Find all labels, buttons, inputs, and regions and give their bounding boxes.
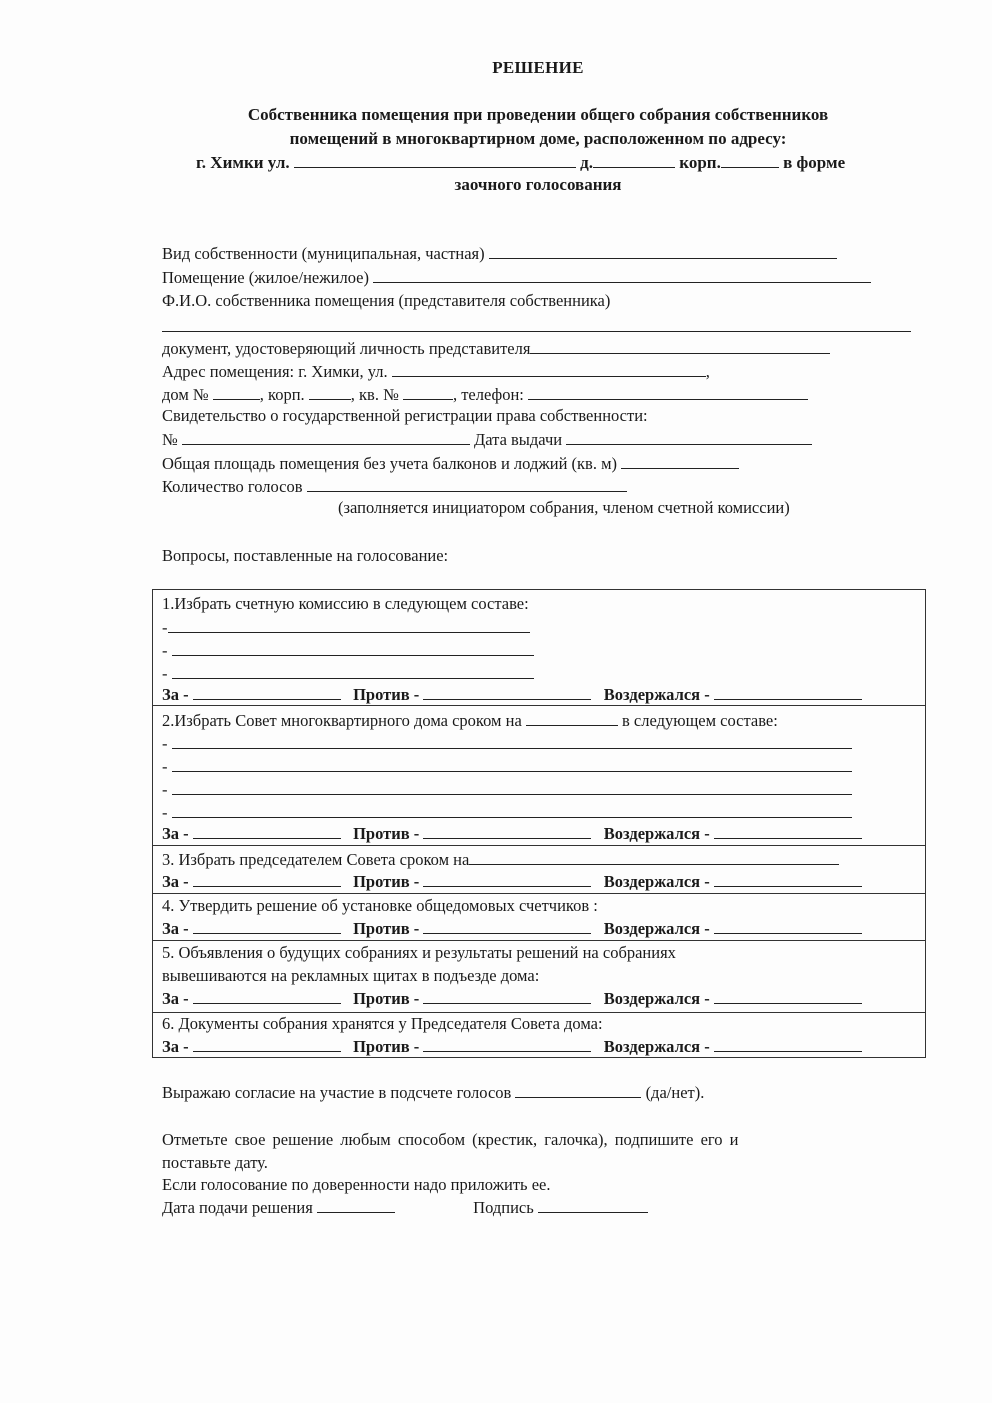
building-label: корп. bbox=[679, 153, 721, 172]
dash: - bbox=[162, 780, 168, 799]
house-label: д. bbox=[580, 153, 593, 172]
vote-for-label: За - bbox=[162, 685, 189, 704]
vote-against-label: Против - bbox=[353, 872, 419, 891]
votes-note: (заполняется инициатором собрания, члено… bbox=[338, 498, 790, 518]
q5-vote-against-field[interactable] bbox=[423, 988, 591, 1004]
id-document-field[interactable] bbox=[530, 338, 830, 354]
q3-vote-against-field[interactable] bbox=[423, 871, 591, 887]
vote-abstain-label: Воздержался - bbox=[604, 872, 710, 891]
q5-vote-row: За - Против - Воздержался - bbox=[162, 988, 862, 1009]
city-street-label: г. Химки ул. bbox=[196, 153, 290, 172]
votes-field[interactable] bbox=[307, 476, 627, 492]
q3-term-field[interactable] bbox=[469, 849, 839, 865]
instructions-line-2: поставьте дату. bbox=[162, 1153, 268, 1173]
premises-field[interactable] bbox=[373, 267, 871, 283]
vote-against-label: Против - bbox=[353, 1037, 419, 1056]
id-document-row: документ, удостоверяющий личность предст… bbox=[162, 338, 830, 359]
consent-label: Выражаю согласие на участие в подсчете г… bbox=[162, 1083, 511, 1102]
address-header-line: г. Химки ул. д. корп. в форме bbox=[196, 152, 845, 173]
question-6-text: 6. Документы собрания хранятся у Председ… bbox=[162, 1014, 603, 1034]
question-2-text: 2.Избрать Совет многоквартирного дома ср… bbox=[162, 710, 778, 731]
ownership-type-field[interactable] bbox=[489, 243, 837, 259]
q1-vote-abstain-field[interactable] bbox=[714, 684, 862, 700]
q1-member-2-field[interactable] bbox=[172, 640, 534, 656]
q3-vote-row: За - Против - Воздержался - bbox=[162, 871, 862, 892]
q2-member-4: - bbox=[162, 802, 852, 823]
vote-against-label: Против - bbox=[353, 919, 419, 938]
question-4-text: 4. Утвердить решение об установке общедо… bbox=[162, 896, 598, 916]
decision-form-page: РЕШЕНИЕ Собственника помещения при прове… bbox=[0, 0, 992, 1403]
q6-vote-against-field[interactable] bbox=[423, 1036, 591, 1052]
q6-vote-abstain-field[interactable] bbox=[714, 1036, 862, 1052]
dash: - bbox=[162, 757, 168, 776]
signature-label: Подпись bbox=[473, 1198, 534, 1217]
q1-vote-for-field[interactable] bbox=[193, 684, 341, 700]
vote-abstain-label: Воздержался - bbox=[604, 989, 710, 1008]
q4-vote-for-field[interactable] bbox=[193, 918, 341, 934]
q2-member-2-field[interactable] bbox=[172, 756, 852, 772]
house-number-label: дом № bbox=[162, 385, 209, 404]
q5-vote-for-field[interactable] bbox=[193, 988, 341, 1004]
dash: - bbox=[162, 803, 168, 822]
owner-name-label: Ф.И.О. собственника помещения (представи… bbox=[162, 291, 610, 311]
row-divider bbox=[152, 845, 926, 846]
phone-label: , телефон: bbox=[453, 385, 524, 404]
row-divider bbox=[152, 1012, 926, 1013]
q4-vote-abstain-field[interactable] bbox=[714, 918, 862, 934]
area-label: Общая площадь помещения без учета балкон… bbox=[162, 454, 617, 473]
submit-date-field[interactable] bbox=[317, 1197, 395, 1213]
owner-name-field[interactable] bbox=[162, 331, 911, 332]
certificate-number-field[interactable] bbox=[182, 429, 470, 445]
certificate-row: № Дата выдачи bbox=[162, 429, 812, 450]
row-divider bbox=[152, 940, 926, 941]
q2-vote-against-field[interactable] bbox=[423, 823, 591, 839]
q6-vote-for-field[interactable] bbox=[193, 1036, 341, 1052]
vote-for-label: За - bbox=[162, 1037, 189, 1056]
house-field[interactable] bbox=[593, 152, 675, 168]
votes-row: Количество голосов bbox=[162, 476, 627, 497]
subtitle-line-4: заочного голосования bbox=[0, 175, 992, 195]
building-number-label: , корп. bbox=[260, 385, 305, 404]
q2-vote-for-field[interactable] bbox=[193, 823, 341, 839]
q4-vote-against-field[interactable] bbox=[423, 918, 591, 934]
house-number-field[interactable] bbox=[213, 384, 260, 400]
vote-abstain-label: Воздержался - bbox=[604, 824, 710, 843]
q2-member-1-field[interactable] bbox=[172, 733, 852, 749]
area-field[interactable] bbox=[621, 453, 739, 469]
area-row: Общая площадь помещения без учета балкон… bbox=[162, 453, 739, 474]
vote-against-label: Против - bbox=[353, 824, 419, 843]
address-comma: , bbox=[706, 362, 710, 381]
q2-member-2: - bbox=[162, 756, 852, 777]
signature-field[interactable] bbox=[538, 1197, 648, 1213]
submit-date-label: Дата подачи решения bbox=[162, 1198, 313, 1217]
certificate-number-label: № bbox=[162, 430, 178, 449]
issue-date-label: Дата выдачи bbox=[474, 430, 562, 449]
consent-field[interactable] bbox=[515, 1082, 641, 1098]
ownership-type-label: Вид собственности (муниципальная, частна… bbox=[162, 244, 485, 263]
question-3-row: 3. Избрать председателем Совета сроком н… bbox=[162, 849, 839, 870]
vote-against-label: Против - bbox=[353, 989, 419, 1008]
q2-member-3-field[interactable] bbox=[172, 779, 852, 795]
question-5-text-line-1: 5. Объявления о будущих собраниях и резу… bbox=[162, 943, 676, 963]
q1-member-3: - bbox=[162, 663, 534, 684]
ownership-type-row: Вид собственности (муниципальная, частна… bbox=[162, 243, 837, 264]
document-title: РЕШЕНИЕ bbox=[0, 58, 992, 78]
q1-member-3-field[interactable] bbox=[172, 663, 534, 679]
subtitle-line-1: Собственника помещения при проведении об… bbox=[0, 105, 992, 125]
q4-vote-row: За - Против - Воздержался - bbox=[162, 918, 862, 939]
votes-label: Количество голосов bbox=[162, 477, 303, 496]
proxy-note: Если голосование по доверенности надо пр… bbox=[162, 1175, 550, 1195]
certificate-label: Свидетельство о государственной регистра… bbox=[162, 406, 648, 426]
q2-member-3: - bbox=[162, 779, 852, 800]
premises-row: Помещение (жилое/нежилое) bbox=[162, 267, 871, 288]
vote-for-label: За - bbox=[162, 919, 189, 938]
house-phone-row: дом № , корп. , кв. № , телефон: bbox=[162, 384, 808, 405]
address-label: Адрес помещения: г. Химки, ул. bbox=[162, 362, 388, 381]
q1-vote-row: За - Против - Воздержался - bbox=[162, 684, 862, 705]
question-1-text: 1.Избрать счетную комиссию в следующем с… bbox=[162, 594, 529, 614]
q6-vote-row: За - Против - Воздержался - bbox=[162, 1036, 862, 1057]
consent-row: Выражаю согласие на участие в подсчете г… bbox=[162, 1082, 704, 1103]
q2-vote-row: За - Против - Воздержался - bbox=[162, 823, 862, 844]
apartment-number-field[interactable] bbox=[403, 384, 453, 400]
address-row: Адрес помещения: г. Химки, ул. , bbox=[162, 361, 710, 382]
vote-for-label: За - bbox=[162, 989, 189, 1008]
building-field[interactable] bbox=[721, 152, 779, 168]
q3-vote-for-field[interactable] bbox=[193, 871, 341, 887]
question-2-text-before: 2.Избрать Совет многоквартирного дома ср… bbox=[162, 711, 522, 730]
question-2-text-after: в следующем составе: bbox=[622, 711, 778, 730]
q2-member-1: - bbox=[162, 733, 852, 754]
vote-abstain-label: Воздержался - bbox=[604, 919, 710, 938]
dash: - bbox=[162, 734, 168, 753]
submission-row: Дата подачи решения Подпись bbox=[162, 1197, 648, 1218]
subtitle-line-2: помещений в многоквартирном доме, распол… bbox=[0, 129, 992, 149]
q1-vote-against-field[interactable] bbox=[423, 684, 591, 700]
vote-abstain-label: Воздержался - bbox=[604, 1037, 710, 1056]
q1-member-1: - bbox=[162, 617, 530, 638]
q5-vote-abstain-field[interactable] bbox=[714, 988, 862, 1004]
q2-vote-abstain-field[interactable] bbox=[714, 823, 862, 839]
consent-options: (да/нет). bbox=[646, 1083, 705, 1102]
street-field[interactable] bbox=[294, 152, 576, 168]
vote-against-label: Против - bbox=[353, 685, 419, 704]
form-label: в форме bbox=[783, 153, 845, 172]
row-divider bbox=[152, 705, 926, 706]
questions-heading: Вопросы, поставленные на голосование: bbox=[162, 546, 448, 566]
vote-for-label: За - bbox=[162, 824, 189, 843]
apartment-number-label: , кв. № bbox=[351, 385, 399, 404]
dash: - bbox=[162, 641, 168, 660]
address-street-field[interactable] bbox=[392, 361, 706, 377]
building-number-field[interactable] bbox=[309, 384, 351, 400]
vote-abstain-label: Воздержался - bbox=[604, 685, 710, 704]
q3-vote-abstain-field[interactable] bbox=[714, 871, 862, 887]
issue-date-field[interactable] bbox=[566, 429, 812, 445]
row-divider bbox=[152, 893, 926, 894]
instructions-line-1: Отметьте свое решение любым способом (кр… bbox=[162, 1130, 738, 1150]
question-5-text-line-2: вывешиваются на рекламных щитах в подъез… bbox=[162, 966, 539, 986]
phone-field[interactable] bbox=[528, 384, 808, 400]
question-3-text: 3. Избрать председателем Совета сроком н… bbox=[162, 850, 469, 869]
id-document-label: документ, удостоверяющий личность предст… bbox=[162, 339, 530, 358]
q1-member-2: - bbox=[162, 640, 534, 661]
q2-member-4-field[interactable] bbox=[172, 802, 852, 818]
dash: - bbox=[162, 664, 168, 683]
q2-term-field[interactable] bbox=[526, 710, 618, 726]
vote-for-label: За - bbox=[162, 872, 189, 891]
q1-member-1-field[interactable] bbox=[168, 617, 530, 633]
premises-label: Помещение (жилое/нежилое) bbox=[162, 268, 369, 287]
